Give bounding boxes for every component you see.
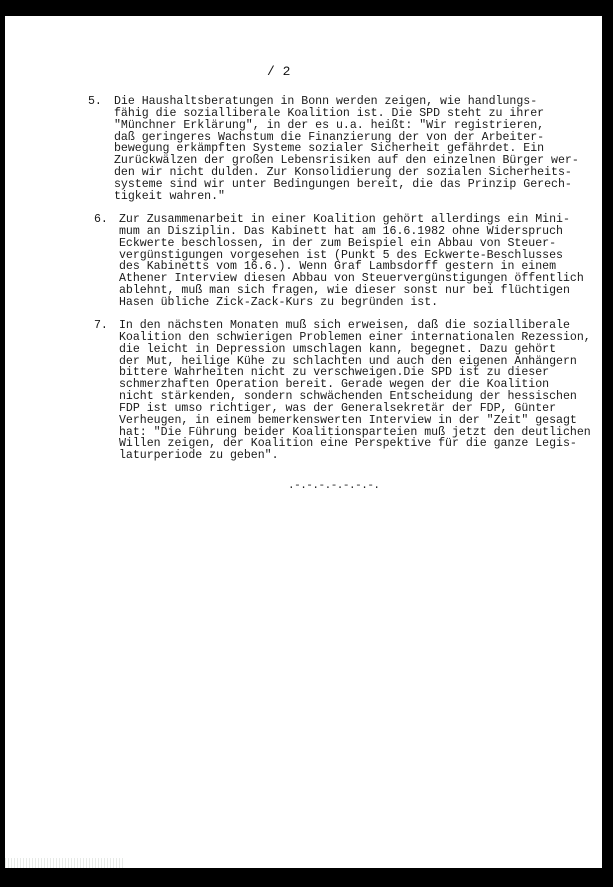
paragraph-text: In den nächsten Monaten muß sich erweise… bbox=[119, 320, 591, 462]
paragraph-text: Die Haushaltsberatungen in Bonn werden z… bbox=[114, 96, 579, 203]
text-line: tigkeit wahren." bbox=[114, 191, 579, 203]
scan-artifact bbox=[5, 858, 125, 868]
text-line: mum an Disziplin. Das Kabinett hat am 16… bbox=[119, 226, 584, 238]
page-number: / 2 bbox=[267, 64, 290, 79]
text-line: fähig die sozialliberale Koalition ist. … bbox=[114, 108, 579, 120]
text-line: Koalition den schwierigen Problemen eine… bbox=[119, 332, 591, 344]
text-line: laturperiode zu geben". bbox=[119, 450, 591, 462]
text-line: "Münchner Erklärung", in der es u.a. hei… bbox=[114, 120, 579, 132]
paragraph-text: Zur Zusammenarbeit in einer Koalition ge… bbox=[119, 214, 584, 309]
paragraph-number: 7. bbox=[94, 320, 108, 332]
text-line: die leicht in Depression umschlagen kann… bbox=[119, 344, 591, 356]
text-line: FDP ist umso richtiger, was der Generals… bbox=[119, 403, 591, 415]
document-page: / 2 5. Die Haushaltsberatungen in Bonn w… bbox=[5, 16, 602, 868]
paragraph-number: 6. bbox=[94, 214, 108, 226]
text-line: systeme sind wir unter Bedingungen berei… bbox=[114, 179, 579, 191]
text-line: Verheugen, in einem bemerkenswerten Inte… bbox=[119, 415, 591, 427]
text-line: Eckwerte beschlossen, in der zum Beispie… bbox=[119, 238, 584, 250]
paragraph-number: 5. bbox=[88, 96, 102, 108]
text-line: Hasen übliche Zick-Zack-Kurs zu begründe… bbox=[119, 297, 584, 309]
end-of-text-mark: .-.-.-.-.-.-.-. bbox=[288, 480, 380, 492]
